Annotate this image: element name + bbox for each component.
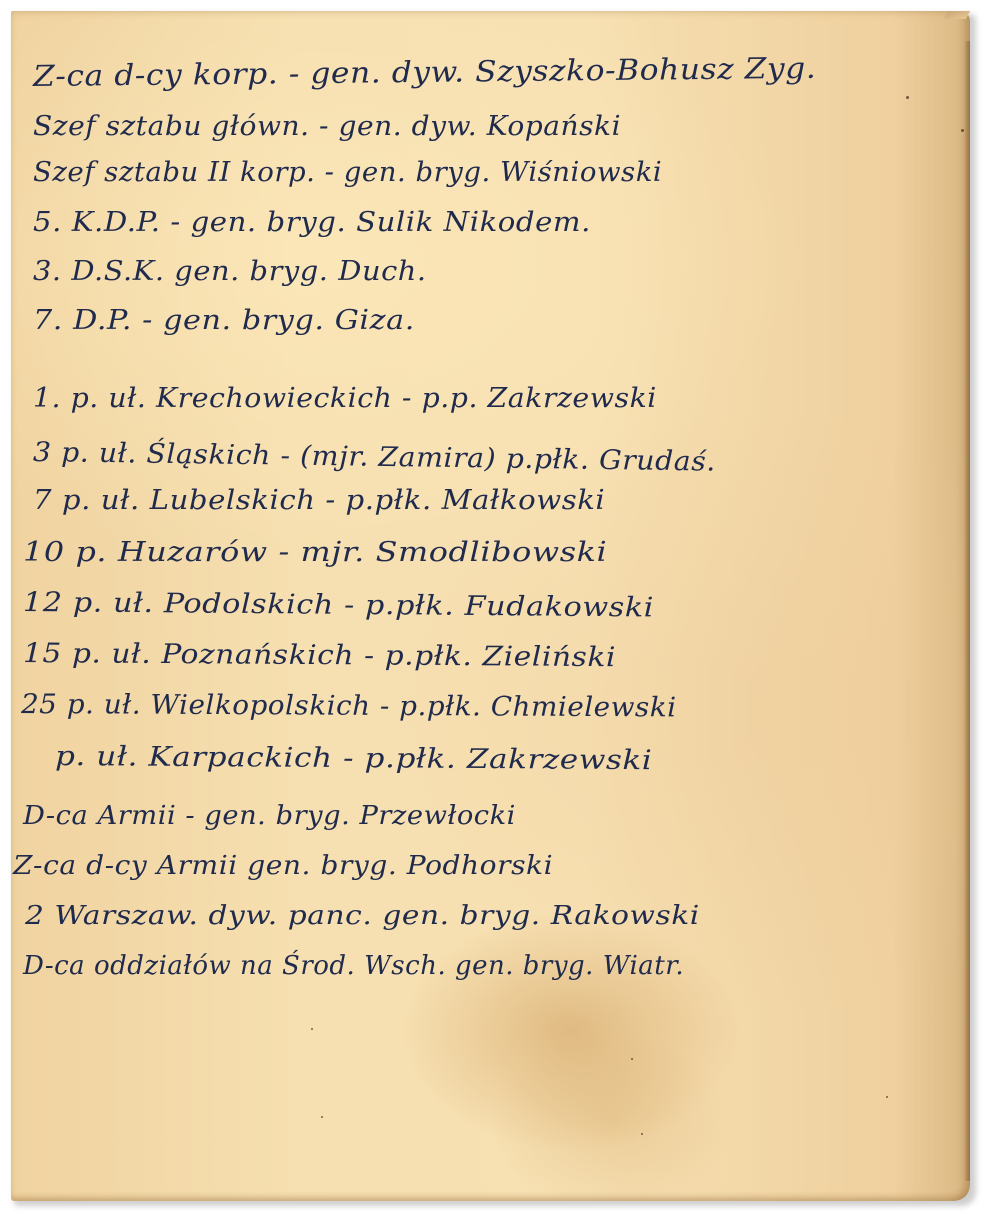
handwritten-line: Z-ca d-cy korp. - gen. dyw. Szyszko-Bohu… xyxy=(33,51,817,93)
paper-speck xyxy=(961,129,964,132)
handwritten-line: Szef sztabu główn. - gen. dyw. Kopański xyxy=(33,111,621,142)
handwritten-line: 12 p. uł. Podolskich - p.płk. Fudakowski xyxy=(23,587,654,624)
handwritten-line: 1. p. uł. Krechowieckich - p.p. Zakrzews… xyxy=(33,383,657,414)
handwritten-line: 3. D.S.K. gen. bryg. Duch. xyxy=(33,256,427,287)
paper-speck xyxy=(321,1116,323,1118)
paper-speck xyxy=(631,1058,633,1060)
handwritten-line: 3 p. uł. Śląskich - (mjr. Zamira) p.płk.… xyxy=(33,437,716,478)
paper-sheet: Z-ca d-cy korp. - gen. dyw. Szyszko-Bohu… xyxy=(11,11,970,1201)
handwritten-line: 5. K.D.P. - gen. bryg. Sulik Nikodem. xyxy=(33,207,591,238)
paper-speck xyxy=(311,1028,313,1030)
handwritten-line: 7 p. uł. Lubelskich - p.płk. Małkowski xyxy=(33,485,605,516)
handwritten-line: D-ca oddziałów na Środ. Wsch. gen. bryg.… xyxy=(23,951,684,981)
handwritten-line: 2 Warszaw. dyw. panc. gen. bryg. Rakowsk… xyxy=(25,901,700,931)
handwritten-line: D-ca Armii - gen. bryg. Przewłocki xyxy=(23,801,516,831)
handwritten-line: Z-ca d-cy Armii gen. bryg. Podhorski xyxy=(13,851,553,881)
folded-corner xyxy=(944,11,971,19)
handwritten-line: 10 p. Huzarów - mjr. Smodlibowski xyxy=(23,537,607,568)
handwritten-line: Szef sztabu II korp. - gen. bryg. Wiśnio… xyxy=(33,157,662,188)
paper-speck xyxy=(641,1133,643,1135)
handwritten-line: p. uł. Karpackich - p.płk. Zakrzewski xyxy=(55,741,653,776)
handwritten-line: 25 p. uł. Wielkopolskich - p.płk. Chmiel… xyxy=(21,689,677,723)
handwritten-line: 15 p. uł. Poznańskich - p.płk. Zieliński xyxy=(23,638,616,673)
handwritten-line: 7. D.P. - gen. bryg. Giza. xyxy=(33,305,415,336)
paper-edge-right xyxy=(964,41,970,1181)
paper-speck xyxy=(886,1096,888,1098)
paper-speck xyxy=(906,96,909,99)
